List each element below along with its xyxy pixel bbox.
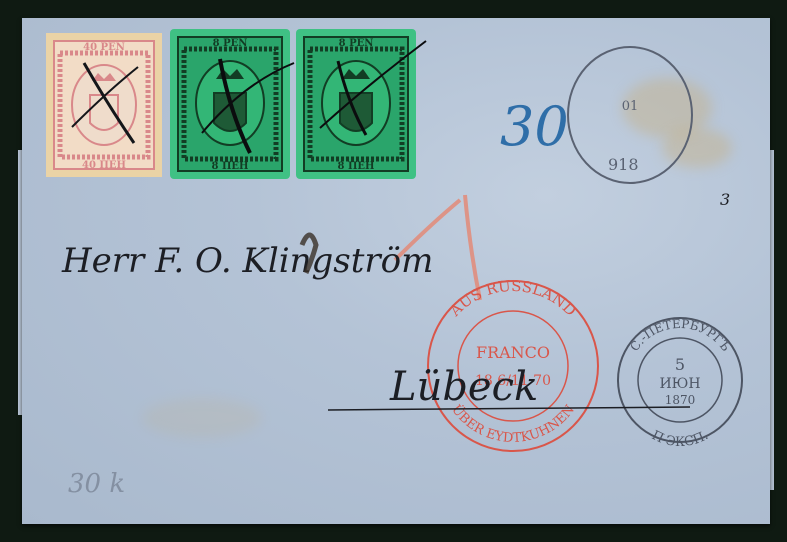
address-name: Herr F. O. Klingström	[61, 241, 433, 281]
pencil-note: 30 k	[68, 469, 125, 499]
markings-layer: 30 01 918 Herr F. O. Klingström 3 FRANCO…	[0, 0, 787, 542]
postmark-top-day: 01	[622, 99, 639, 114]
postmark-month: ИЮН	[659, 376, 700, 392]
postmark-red-ring-top: AUS RUSSLAND	[445, 277, 579, 321]
postmark-spb-bottom: П ЭКСП.	[649, 428, 711, 450]
postmark-day: 5	[675, 355, 685, 374]
postmark-year: 1870	[665, 393, 696, 407]
address-city: Lübeck	[389, 364, 538, 410]
svg-text:С.-ПЕТЕРБУРГЪ: С.-ПЕТЕРБУРГЪ	[627, 317, 733, 354]
postmark-spb-ring: С.-ПЕТЕРБУРГЪ	[627, 317, 733, 354]
svg-text:AUS RUSSLAND: AUS RUSSLAND	[445, 277, 579, 321]
rate-mark: 30	[500, 95, 569, 158]
corner-mark: 3	[720, 190, 730, 209]
postmark-franco: FRANCO	[476, 343, 550, 362]
svg-text:П ЭКСП.: П ЭКСП.	[649, 428, 711, 450]
postmark-top-bottom: 918	[608, 155, 639, 174]
